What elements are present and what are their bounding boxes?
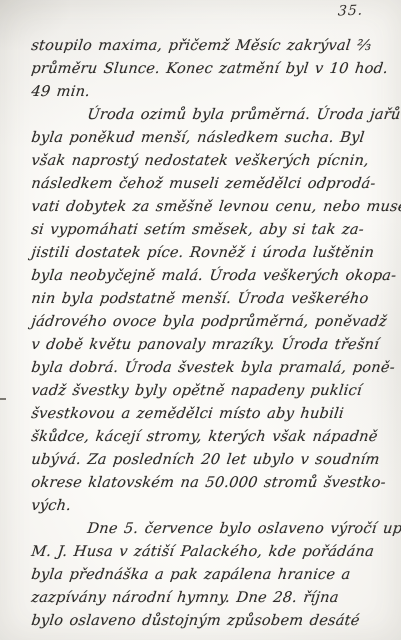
manuscript-line: nin byla podstatně menší. Úroda veškeréh… bbox=[30, 287, 398, 310]
manuscript-line: bylo oslaveno důstojným způsobem desáté bbox=[30, 609, 398, 632]
manuscript-line: ubývá. Za posledních 20 let ubylo v soud… bbox=[30, 448, 398, 471]
manuscript-line: 49 min. bbox=[30, 80, 398, 103]
manuscript-line: škůdce, kácejí stromy, kterých však nápa… bbox=[30, 425, 398, 448]
manuscript-page: 35. stoupilo maxima, přičemž Měsíc zakrý… bbox=[0, 0, 401, 640]
manuscript-line: zazpívány národní hymny. Dne 28. října bbox=[30, 586, 398, 609]
manuscript-line: M. J. Husa v zátiší Palackého, kde pořád… bbox=[30, 540, 398, 563]
manuscript-line: jistili dostatek píce. Rovněž i úroda lu… bbox=[30, 241, 398, 264]
manuscript-line: v době květu panovaly mrazíky. Úroda tře… bbox=[30, 333, 398, 356]
manuscript-line: byla dobrá. Úroda švestek byla pramalá, … bbox=[30, 356, 398, 379]
manuscript-line: si vypomáhati setím směsek, aby si tak z… bbox=[30, 218, 398, 241]
page-number: 35. bbox=[337, 3, 363, 20]
manuscript-line: okrese klatovském na 50.000 stromů švest… bbox=[30, 471, 398, 494]
manuscript-line: vých. bbox=[30, 494, 398, 517]
manuscript-line: byla neobyčejně malá. Úroda veškerých ok… bbox=[30, 264, 398, 287]
manuscript-line-paragraph-start: Dne 5. července bylo oslaveno výročí upá… bbox=[30, 517, 398, 540]
manuscript-line: švestkovou a zemědělci místo aby hubili bbox=[30, 402, 398, 425]
manuscript-line: vati dobytek za směšně levnou cenu, nebo… bbox=[30, 195, 398, 218]
manuscript-line: však naprostý nedostatek veškerých pícni… bbox=[30, 149, 398, 172]
manuscript-line: vadž švestky byly opětně napadeny puklic… bbox=[30, 379, 398, 402]
manuscript-line: následkem čehož museli zemědělci odprodá… bbox=[30, 172, 398, 195]
manuscript-line: průměru Slunce. Konec zatmění byl v 10 h… bbox=[30, 57, 398, 80]
manuscript-line: byla přednáška a pak zapálena hranice a bbox=[30, 563, 398, 586]
manuscript-line-paragraph-start: Úroda ozimů byla průměrná. Úroda jařů bbox=[30, 103, 398, 126]
manuscript-line: jádrového ovoce byla podprůměrná, poněva… bbox=[30, 310, 398, 333]
manuscript-line: stoupilo maxima, přičemž Měsíc zakrýval … bbox=[30, 34, 398, 57]
scan-edge-mark bbox=[0, 398, 6, 400]
manuscript-line: byla poněkud menší, následkem sucha. Byl bbox=[30, 126, 398, 149]
manuscript-text-block: stoupilo maxima, přičemž Měsíc zakrýval … bbox=[30, 34, 395, 632]
